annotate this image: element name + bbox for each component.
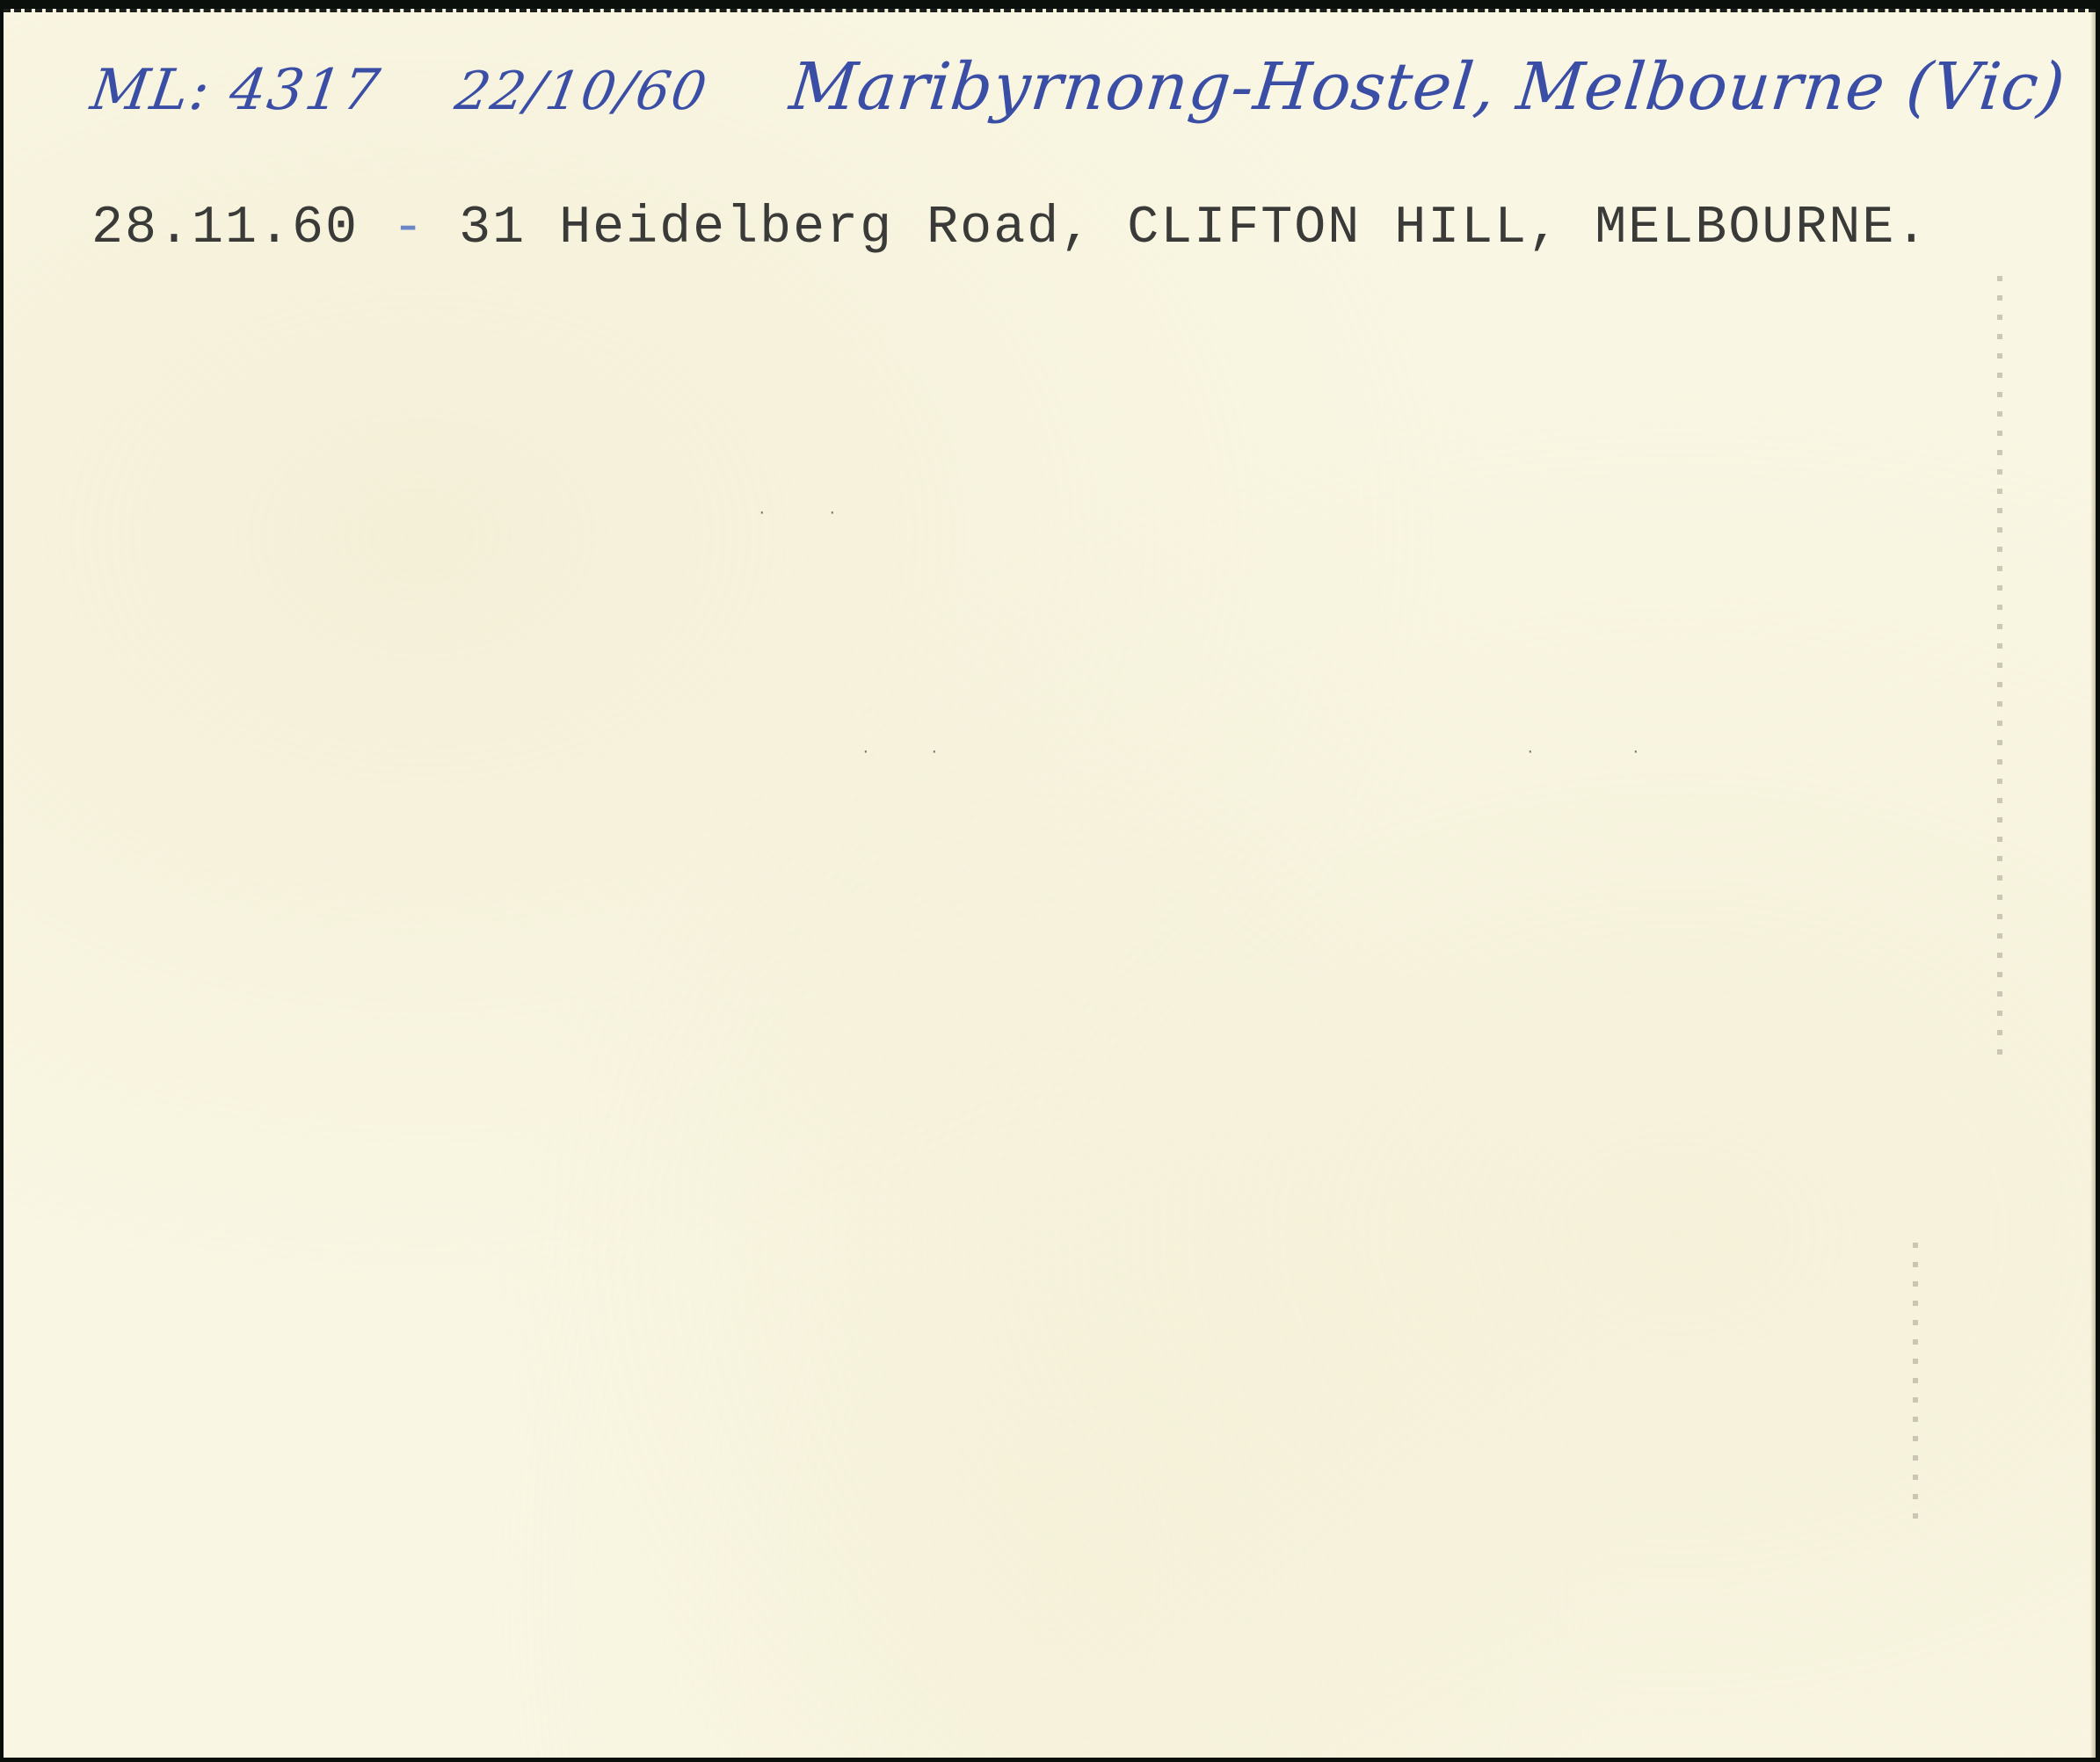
paper-smudge <box>1913 1243 1918 1524</box>
stray-type-mark: · <box>828 504 837 521</box>
typed-address-line: 28.11.60 - 31 Heidelberg Road, CLIFTON H… <box>91 199 1929 258</box>
handwritten-reference-number: ML: 4317 <box>87 58 385 123</box>
typed-separator: - <box>392 199 425 258</box>
stray-type-mark: · <box>930 743 939 760</box>
stray-type-mark: · <box>1526 743 1535 760</box>
handwritten-date: 22/10/60 <box>451 61 713 122</box>
index-card: ML: 4317 22/10/60 Maribyrnong-Hostel, Me… <box>4 9 2096 1758</box>
paper-smudge <box>1997 276 2002 1067</box>
typed-date: 28.11.60 <box>91 199 359 258</box>
stray-type-mark: · <box>861 743 870 760</box>
typed-address: 31 Heidelberg Road, CLIFTON HILL, MELBOU… <box>459 199 1929 258</box>
stray-type-mark: · <box>1631 743 1640 760</box>
handwritten-location: Maribyrnong-Hostel, Melbourne (Vic) <box>786 49 2068 125</box>
stray-type-mark: · <box>758 504 767 521</box>
